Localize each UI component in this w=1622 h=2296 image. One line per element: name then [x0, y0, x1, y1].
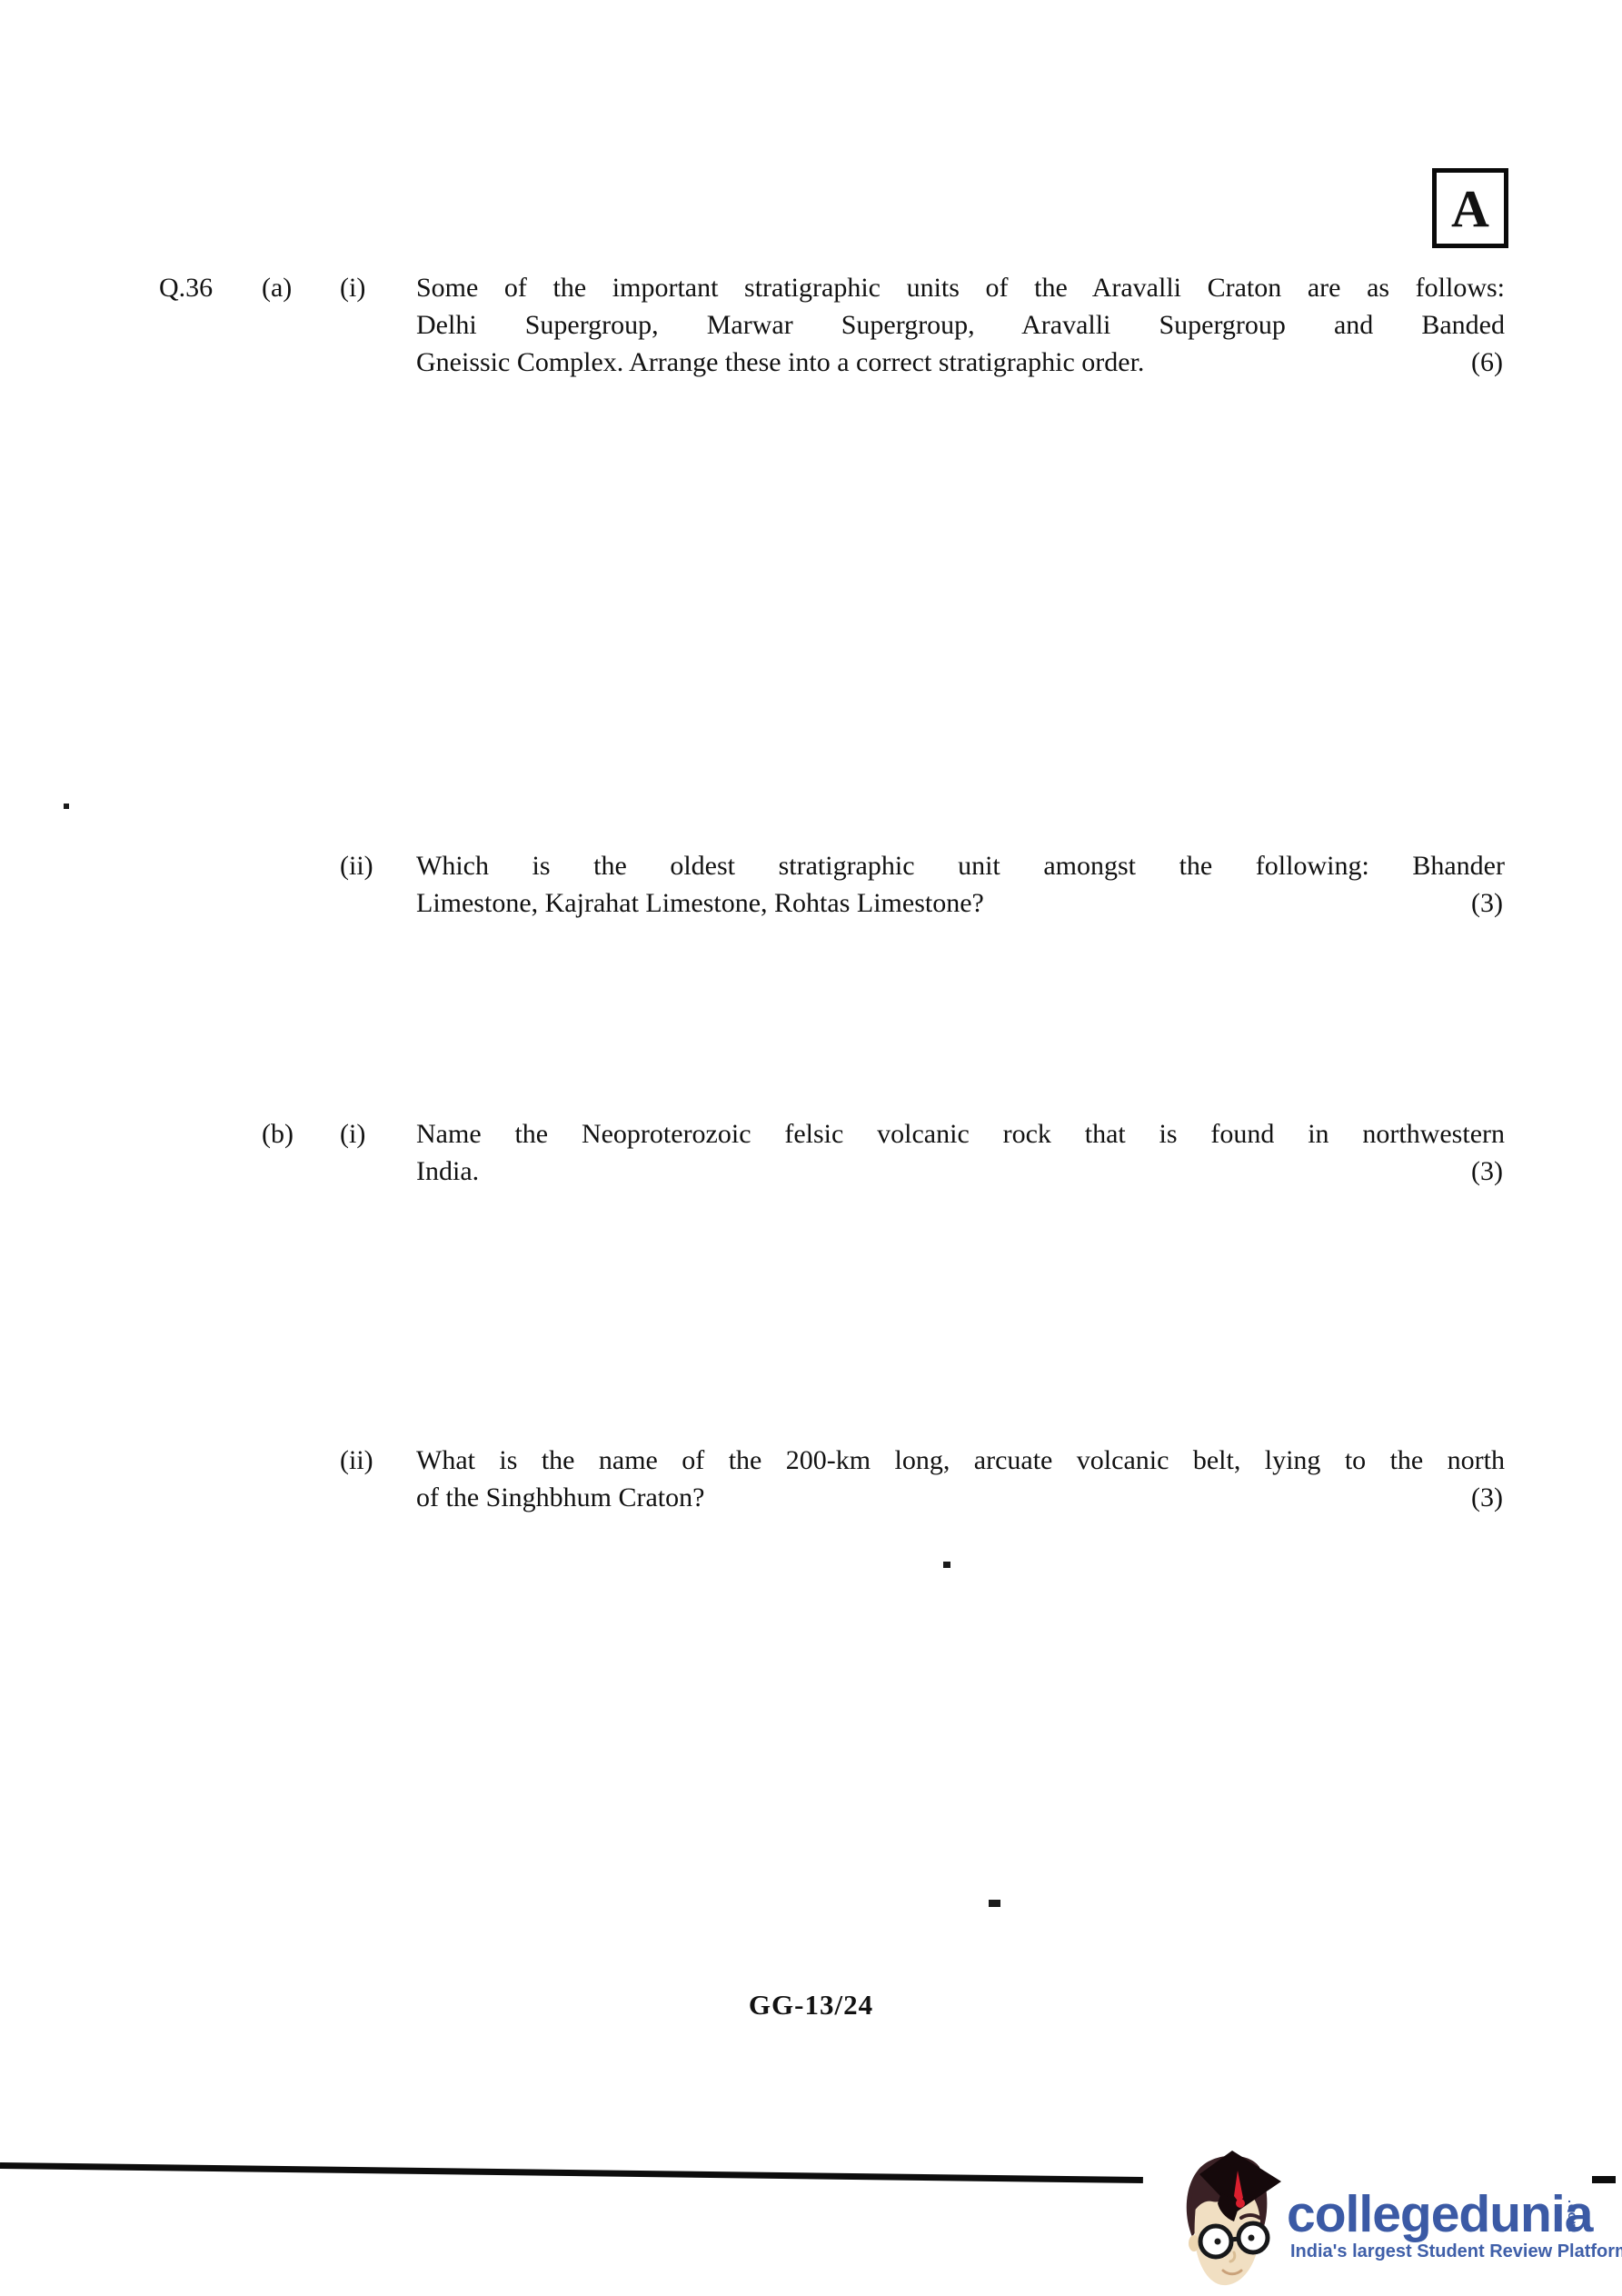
- question-line: Limestone, Kajrahat Limestone, Rohtas Li…: [416, 884, 1505, 922]
- scan-edge-line: [0, 2162, 1143, 2183]
- marks-badge: (6): [1471, 344, 1503, 381]
- question-line: Which is the oldest stratigraphic unit a…: [416, 847, 1505, 884]
- question-line-text: of the Singhbhum Craton?: [416, 1482, 704, 1512]
- question-line: What is the name of the 200-km long, arc…: [416, 1442, 1505, 1479]
- question-line: Some of the important stratigraphic unit…: [416, 269, 1505, 306]
- question-sub-label: (i): [340, 1115, 365, 1153]
- scan-speck: [943, 1562, 950, 1568]
- scan-speck: [989, 1900, 1000, 1907]
- brand-tagline: India's largest Student Review Platform: [1290, 2241, 1622, 2262]
- question-line: India. (3): [416, 1153, 1505, 1190]
- question-line: Delhi Supergroup, Marwar Supergroup, Ara…: [416, 306, 1505, 344]
- question-part-label: (b): [262, 1115, 294, 1153]
- brand-tld: .com: [1566, 2200, 1580, 2233]
- question-text: Name the Neoproterozoic felsic volcanic …: [416, 1115, 1505, 1190]
- set-letter-box: A: [1432, 168, 1508, 248]
- scan-speck: [64, 804, 69, 809]
- question-part-label: (a): [262, 269, 292, 306]
- marks-badge: (3): [1471, 1153, 1503, 1190]
- set-letter: A: [1451, 178, 1489, 239]
- collegedunia-mascot-icon: [1179, 2151, 1285, 2289]
- question-sub-label: (ii): [340, 847, 373, 884]
- question-line: of the Singhbhum Craton? (3): [416, 1479, 1505, 1516]
- exam-paper-page: A Q.36 (a) (i) Some of the important str…: [0, 0, 1622, 2296]
- question-line-text: India.: [416, 1156, 479, 1186]
- brand-name[interactable]: collegedunia: [1287, 2189, 1592, 2241]
- marks-badge: (3): [1471, 1479, 1503, 1516]
- question-text: Which is the oldest stratigraphic unit a…: [416, 847, 1505, 922]
- question-line: Name the Neoproterozoic felsic volcanic …: [416, 1115, 1505, 1153]
- question-number: Q.36: [159, 269, 213, 306]
- collegedunia-logo[interactable]: collegedunia .com India's largest Studen…: [1179, 2149, 1597, 2292]
- question-text: What is the name of the 200-km long, arc…: [416, 1442, 1505, 1516]
- question-line-text: Limestone, Kajrahat Limestone, Rohtas Li…: [416, 888, 984, 918]
- paper-code: GG-13/24: [0, 1989, 1622, 2021]
- question-text: Some of the important stratigraphic unit…: [416, 269, 1505, 381]
- question-line: Gneissic Complex. Arrange these into a c…: [416, 344, 1505, 381]
- question-sub-label: (i): [340, 269, 365, 306]
- question-line-text: Gneissic Complex. Arrange these into a c…: [416, 347, 1144, 377]
- marks-badge: (3): [1471, 884, 1503, 922]
- question-sub-label: (ii): [340, 1442, 373, 1479]
